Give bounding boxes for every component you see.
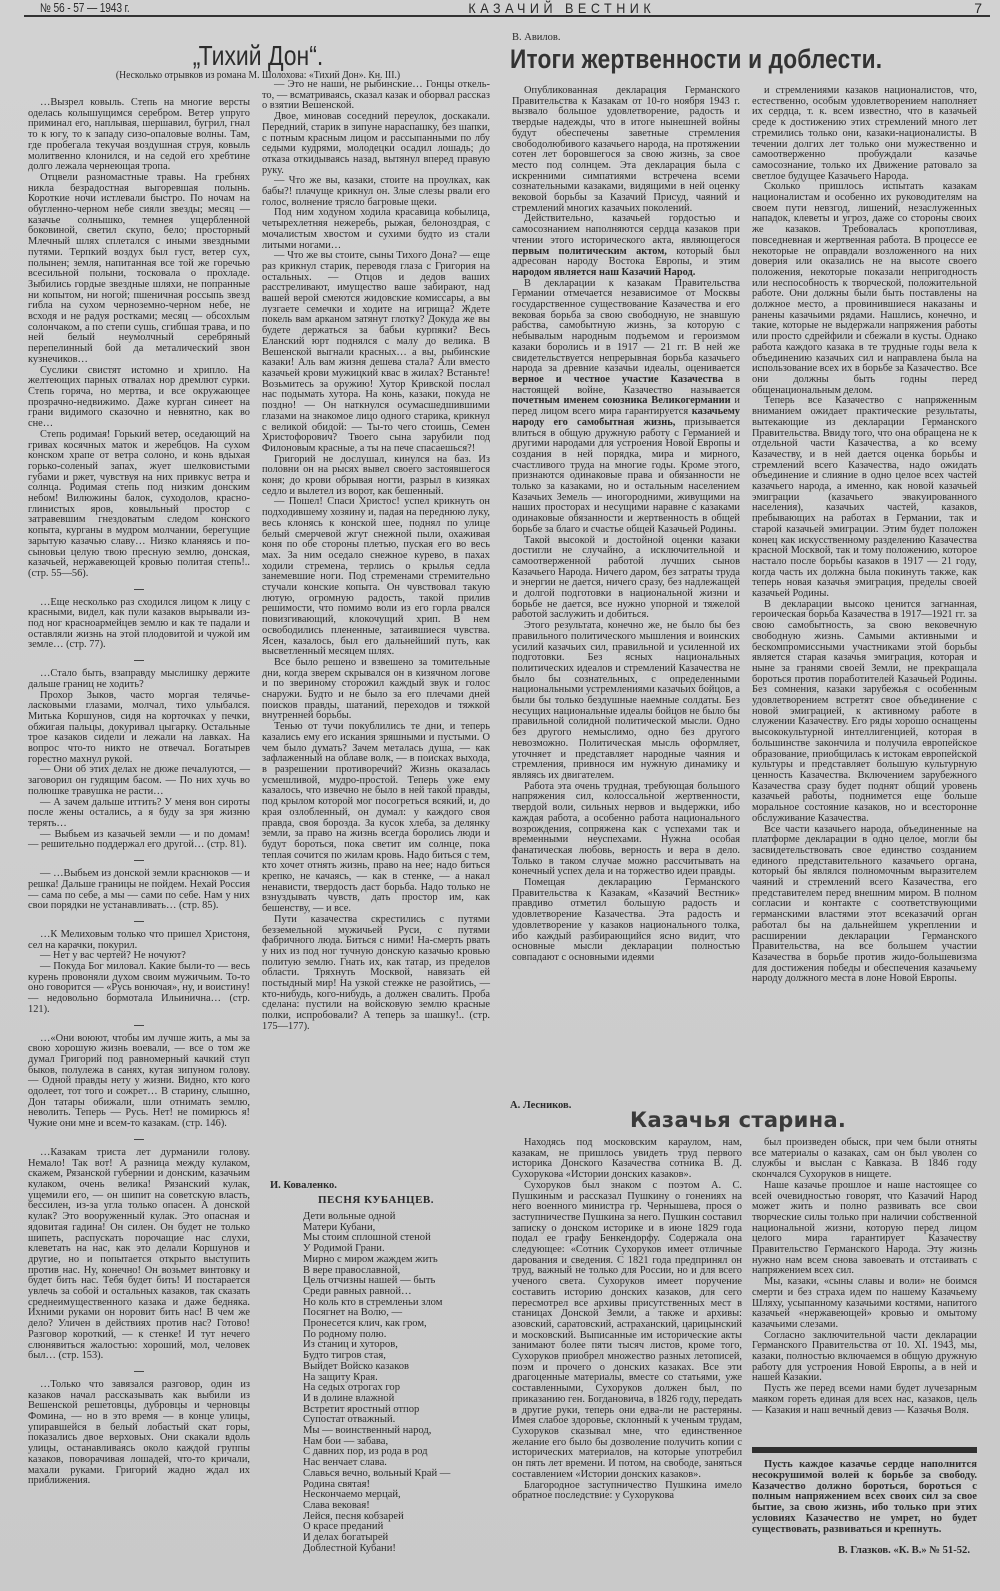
section-separator: [28, 584, 250, 592]
paragraph: — …Выбьем из донской земли краснюков — и…: [28, 869, 250, 912]
tikhiy-don-column-1: …Вызрел ковыль. Степь на многие версты о…: [28, 98, 250, 1487]
closing-quote: Пусть каждое казачье сердце наполнится н…: [752, 1460, 977, 1536]
section-separator: [28, 855, 250, 863]
paragraph: — Что же вы, казаки, стоите на проулках,…: [262, 176, 490, 208]
section-separator: [28, 1134, 250, 1142]
paragraph: Мы, казаки, «сыны славы и воли» не боимс…: [752, 1277, 977, 1331]
section-separator: [28, 1366, 250, 1374]
paragraph: В декларации к казакам Правительства Гер…: [512, 279, 740, 536]
paragraph: …Еще несколько раз сходился лицом к лицу…: [28, 598, 250, 652]
closing-quote-text: Пусть каждое казачье сердце наполнится н…: [752, 1460, 977, 1536]
paragraph: …Казакам триста лет дурманили голову. Не…: [28, 1148, 250, 1362]
paragraph: Работа эта очень трудная, требующая боль…: [512, 782, 740, 878]
paragraph: Находясь под московским караулом, нам, к…: [512, 1138, 742, 1181]
starina-column-2: был произведен обыск, при чем были отнят…: [752, 1138, 977, 1416]
paragraph: — Выбьем из казачьей земли — и по домам!…: [28, 830, 250, 851]
paragraph: Наше казачье прошлое и наше настоящее со…: [752, 1181, 977, 1277]
paragraph: Согласно заключительной части декларации…: [752, 1331, 977, 1385]
newspaper-page: № 56 - 57 — 1943 г. КАЗАЧИЙ ВЕСТНИК 7 „Т…: [0, 0, 1000, 1591]
closing-quote-signature: В. Глазков. «К. В.» № 51-52.: [752, 1545, 970, 1556]
paragraph: …«Они воюют, чтобы им лучше жить, а мы з…: [28, 1034, 250, 1130]
paragraph: …Стало быть, взаправду мыслишку держите …: [28, 669, 250, 690]
poem-text: Дети вольные однойМатери Кубани,Мы стоим…: [303, 1212, 450, 1555]
poem-line: Выйдет Войско казаков: [303, 1362, 450, 1373]
article-title-itogi: Итоги жертвенности и доблести.: [510, 44, 905, 75]
issue-number: № 56 - 57 — 1943 г.: [40, 1, 130, 15]
paragraph: — Пошел! Спаси Христос! успел крикнуть о…: [262, 497, 490, 658]
masthead: № 56 - 57 — 1943 г. КАЗАЧИЙ ВЕСТНИК 7: [40, 0, 982, 15]
poem-line: Мирно с миром жаждем жить: [303, 1255, 450, 1266]
section-separator: [28, 1020, 250, 1028]
article-title-starina: Казачья старина.: [630, 1108, 846, 1132]
article-title-tikhiy-don: „Тихий Дон“.: [69, 40, 446, 72]
poem-line: Доблестной Кубани!: [303, 1544, 450, 1555]
masthead-rule: [24, 15, 990, 17]
article-author-lesnikov: А. Лесников.: [510, 1100, 571, 1111]
paragraph: Благородное заступничество Пушкина имело…: [512, 1481, 742, 1502]
section-separator: [28, 916, 250, 924]
paragraph: — Это не наши, не рыбинские… Гонцы откел…: [262, 80, 490, 112]
quote-divider-bar: [752, 1447, 977, 1453]
paragraph: Суслики свистят истомно и хрипло. На жел…: [28, 366, 250, 430]
paragraph: — А зачем дальше иттить? У меня вон сиро…: [28, 798, 250, 830]
paragraph: Этого результата, конечно же, не было бы…: [512, 621, 740, 782]
article-author-avilov: В. Авилов.: [512, 32, 561, 43]
itogi-column-1: Опубликованная декларация Германского Пр…: [512, 86, 740, 964]
paragraph: Тенью от тучи покублились те дни, и тепе…: [262, 722, 490, 915]
newspaper-title: КАЗАЧИЙ ВЕСТНИК: [468, 0, 655, 16]
paragraph: Помещая декларацию Германского Правитель…: [512, 878, 740, 964]
paragraph: — Они об этих делах не дюже печалуются, …: [28, 765, 250, 797]
poem-line: Славься вечно, вольный Край —: [303, 1469, 450, 1480]
paragraph: Сколько пришлось испытать казакам национ…: [752, 182, 977, 396]
paragraph: Сухоруков был знаком с поэтом А. С. Пушк…: [512, 1181, 742, 1481]
section-separator: [28, 655, 250, 663]
paragraph: Такой высокой и достойной оценки казаки …: [512, 536, 740, 622]
paragraph: Под ним ходуном ходила красавица кобылиц…: [262, 208, 490, 251]
paragraph: …Только что завязался разговор, один из …: [28, 1380, 250, 1487]
tikhiy-don-column-2: — Это не наши, не рыбинские… Гонцы откел…: [262, 80, 490, 1033]
paragraph: Двое, миновав соседний переулок, доскака…: [262, 112, 490, 176]
paragraph: Степь родимая! Горький ветер, оседающий …: [28, 430, 250, 580]
paragraph: …Вызрел ковыль. Степь на многие версты о…: [28, 98, 250, 173]
paragraph: Все было решено и взвешено за томительны…: [262, 658, 490, 722]
paragraph: Пути казачества скрестились с путями без…: [262, 915, 490, 1033]
paragraph: — Что же вы стоите, сыны Тихого Дона? — …: [262, 251, 490, 454]
poem-author: И. Коваленко.: [270, 1180, 337, 1191]
paragraph: Опубликованная декларация Германского Пр…: [512, 86, 740, 214]
paragraph: — Покуда Бог миловал. Какие были-то — ве…: [28, 962, 250, 1016]
paragraph: и стремлениями казаков националистов, чт…: [752, 86, 977, 182]
paragraph: Отцвели разномастные травы. На гребнях н…: [28, 173, 250, 366]
paragraph: Григорий не дослушал, кинулся на баз. Из…: [262, 455, 490, 498]
paragraph: был произведен обыск, при чем были отнят…: [752, 1138, 977, 1181]
itogi-column-2: и стремлениями казаков националистов, чт…: [752, 86, 977, 985]
paragraph: Прохор Зыков, часто моргая телячье-ласко…: [28, 691, 250, 766]
page-number: 7: [974, 0, 982, 16]
paragraph: Теперь все Казачество с напряженным вним…: [752, 396, 977, 599]
paragraph: Пусть же перед всеми нами будет лучезарн…: [752, 1384, 977, 1416]
paragraph: В декларации высоко ценится загнанная, г…: [752, 600, 977, 825]
paragraph: Действительно, казачьей гордостью и само…: [512, 214, 740, 278]
poem-title: ПЕСНЯ КУБАНЦЕВ.: [262, 1194, 490, 1206]
paragraph: …К Мелиховым только что пришел Христоня,…: [28, 930, 250, 951]
starina-column-1: Находясь под московским караулом, нам, к…: [512, 1138, 742, 1502]
paragraph: Все части казачьего народа, объединенные…: [752, 825, 977, 986]
